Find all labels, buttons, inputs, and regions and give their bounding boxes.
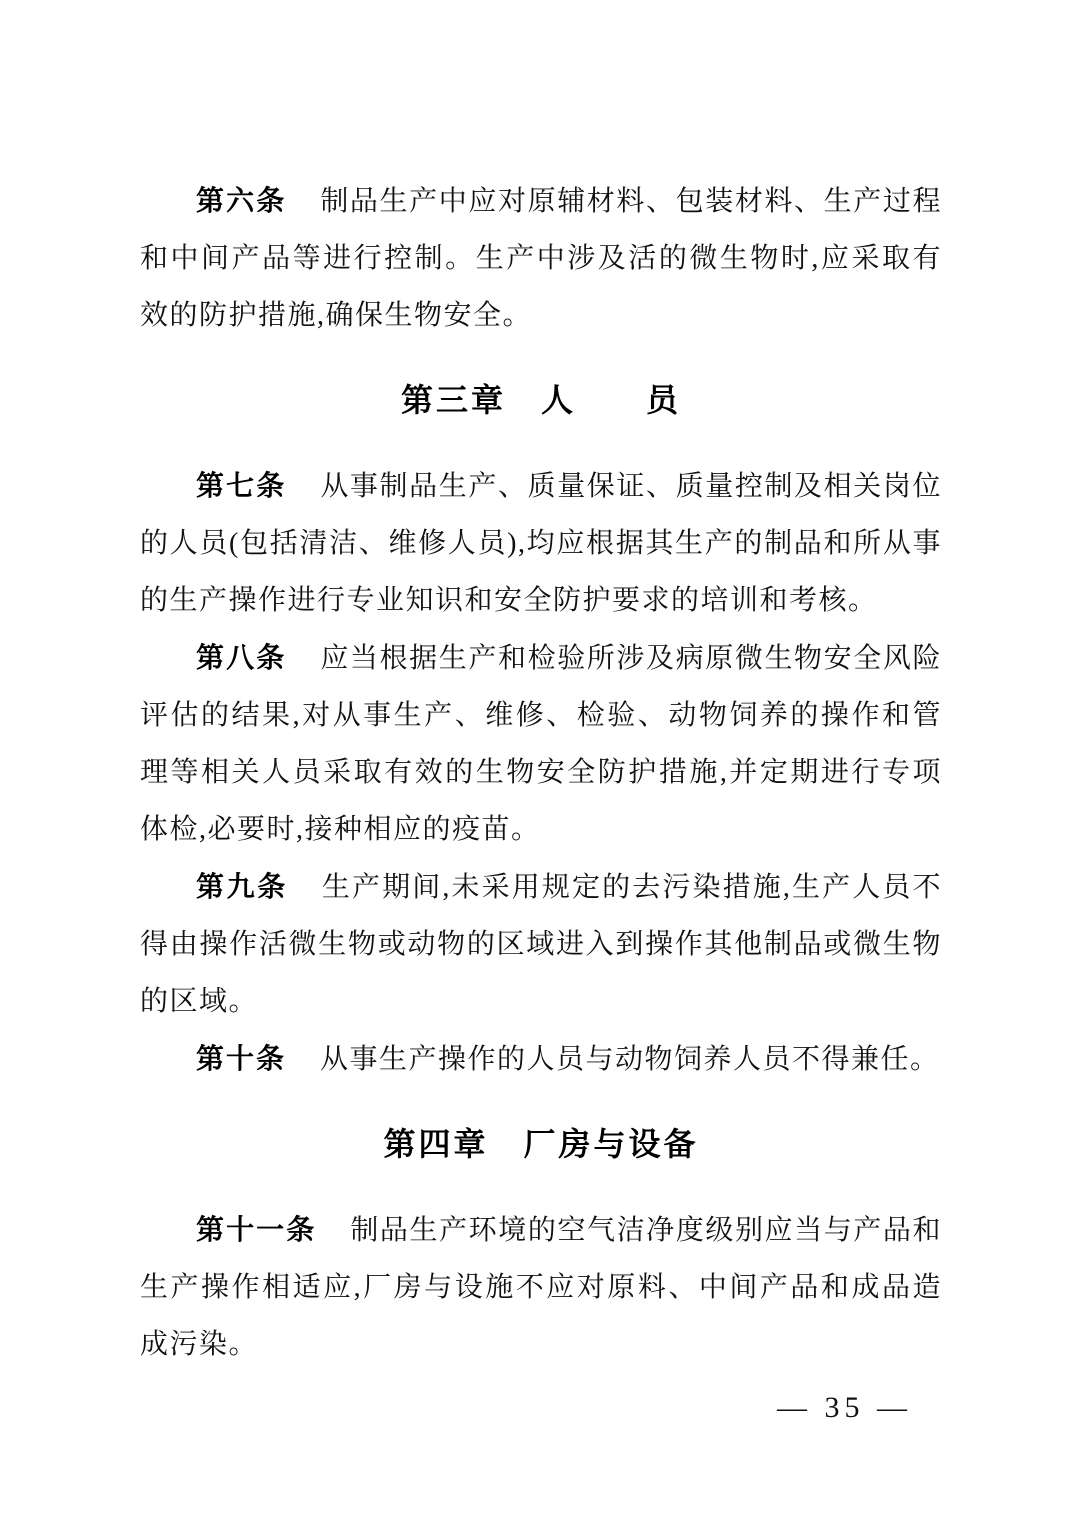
article-text: 应当根据生产和检验所涉及病原微生物安全风险评估的结果,对从事生产、维修、检验、动… (140, 643, 942, 845)
article-text: 从事生产操作的人员与动物饲养人员不得兼任。 (320, 1044, 940, 1075)
document-page: 第六条制品生产中应对原辅材料、包装材料、生产过程和中间产品等进行控制。生产中涉及… (0, 0, 1080, 1527)
article-paragraph: 第十一条制品生产环境的空气洁净度级别应当与产品和生产操作相适应,厂房与设施不应对… (140, 1201, 942, 1373)
article-number: 第十条 (196, 1043, 286, 1074)
chapter-heading: 第三章 人 员 (140, 372, 942, 429)
article-number: 第八条 (196, 642, 286, 673)
document-content: 第六条制品生产中应对原辅材料、包装材料、生产过程和中间产品等进行控制。生产中涉及… (140, 0, 942, 1429)
article-paragraph: 第七条从事制品生产、质量保证、质量控制及相关岗位的人员(包括清洁、维修人员),均… (140, 457, 942, 629)
article-paragraph: 第十条从事生产操作的人员与动物饲养人员不得兼任。 (140, 1030, 942, 1088)
article-number: 第七条 (196, 470, 286, 501)
article-number: 第十一条 (196, 1214, 316, 1245)
article-number: 第九条 (196, 871, 288, 902)
page-footer: — 35 — (140, 1387, 942, 1429)
article-number: 第六条 (196, 185, 286, 216)
page-number: — 35 — (777, 1391, 912, 1424)
chapter-heading: 第四章 厂房与设备 (140, 1116, 942, 1173)
article-paragraph: 第八条应当根据生产和检验所涉及病原微生物安全风险评估的结果,对从事生产、维修、检… (140, 629, 942, 858)
article-paragraph: 第九条生产期间,未采用规定的去污染措施,生产人员不得由操作活微生物或动物的区域进… (140, 858, 942, 1030)
article-paragraph: 第六条制品生产中应对原辅材料、包装材料、生产过程和中间产品等进行控制。生产中涉及… (140, 172, 942, 344)
